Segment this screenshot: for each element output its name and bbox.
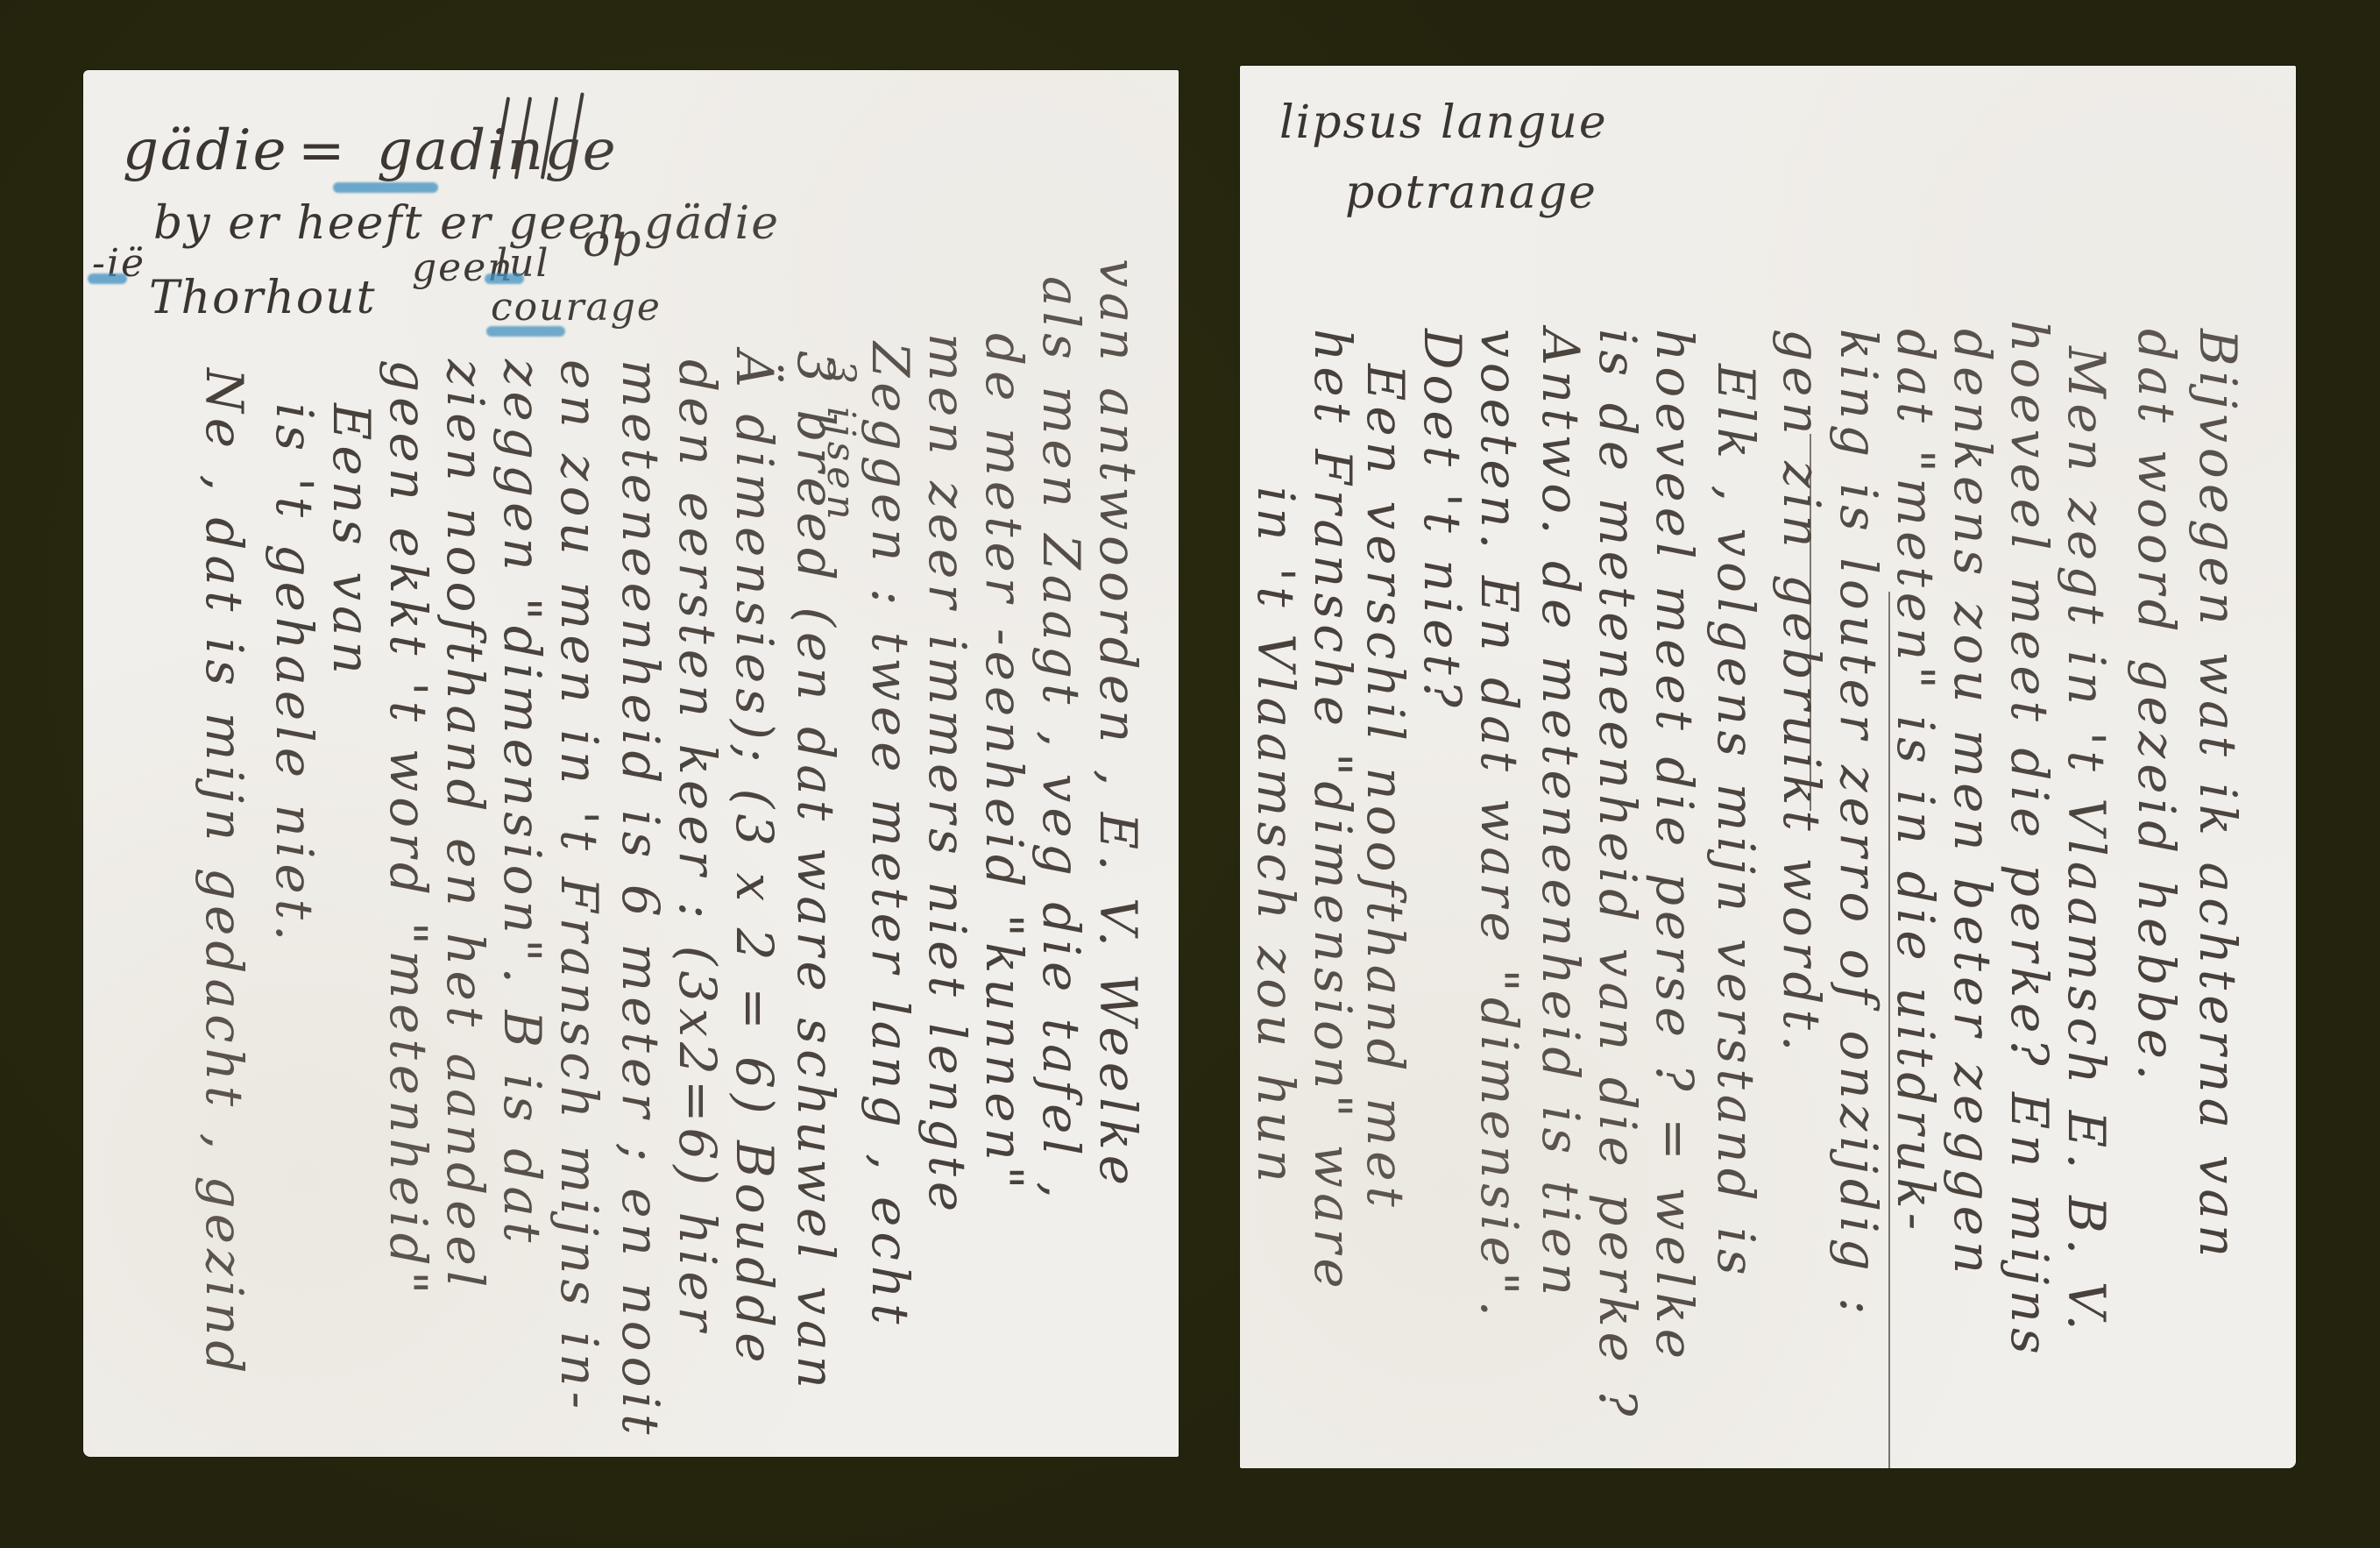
body-line: king is louter zerro of onzijdig :	[1829, 329, 1888, 1320]
body-line: gen zin gebruikt wordt.	[1772, 329, 1831, 1056]
body-line: meteneenheid is 6 meter ; en nooit	[611, 359, 670, 1439]
right-letter-page: lipsus langue potranage Bijvoegen wat ik…	[1240, 66, 2296, 1468]
body-line: 3 breed (en dat ware schuwel van	[786, 351, 846, 1394]
annotation-line2: by er heeft er geen gädie	[153, 197, 780, 250]
annotation-courage: courage	[491, 285, 662, 330]
body-line: Antwo. de meteneenheid is tien	[1531, 329, 1590, 1301]
body-line: Ne , dat is mijn gedacht , gezind	[195, 368, 254, 1379]
body-line: Elk , volgens mijn verstand is	[1706, 364, 1766, 1281]
body-line: het Fransche "dimension" ware	[1303, 329, 1363, 1294]
body-line: Doet 't niet?	[1413, 329, 1472, 713]
body-line: hoeveel meet die perse ? = welke	[1645, 329, 1704, 1364]
body-line: voeten. En dat ware "dimensie".	[1470, 329, 1529, 1322]
body-line: is 't gehaele niet.	[265, 403, 324, 946]
annotation-thorhout: Thorhout	[149, 272, 377, 324]
body-line: den eersten keer : (3x2=6) hier	[668, 359, 727, 1336]
body-line: wijze	[1240, 1249, 1249, 1408]
body-line: denkens zou men beter zeggen	[1943, 329, 2002, 1279]
body-line: de meter -eenheid "kunnen"	[974, 333, 1034, 1195]
body-line: zien noofthand en het aandeel	[436, 359, 495, 1292]
body-line: dat woord gezeid hebbe.	[2127, 329, 2186, 1085]
body-line: Zeggen : twee meter lang , echt	[861, 342, 920, 1330]
left-letter-page: gädie = gadinge by er heeft er geen gädi…	[83, 70, 1179, 1457]
blue-underline-lul	[485, 273, 524, 284]
body-line: dat "meten" is in die uitdruk-	[1886, 329, 1945, 1235]
body-line: zeggen "dimension". B is dat	[492, 359, 552, 1247]
blue-mark-margin	[88, 273, 127, 284]
blue-underline-gadinge	[333, 182, 438, 193]
body-line: als men Zaagt , veg die tafel ,	[1031, 276, 1091, 1204]
annotation-equals: =	[298, 118, 347, 183]
body-line: van antwoorden , E. V. Weelke	[1088, 259, 1148, 1190]
body-line: geen ekkt 't word "metenheid"	[379, 359, 438, 1300]
body-line: in 't Vlaamsch zou hun	[1246, 486, 1306, 1188]
body-line: en zou men in 't Fransch mijns in-	[549, 359, 609, 1414]
body-line: men zeer immers niet lengte	[917, 333, 977, 1217]
annotation-potranage: potranage	[1345, 167, 1597, 219]
body-line: Een verschil noofthand met	[1356, 364, 1415, 1212]
annotation-gadie: gädie	[123, 118, 287, 183]
body-line: is de meteneenheid van die perke ?	[1588, 329, 1647, 1422]
body-line: Eens van	[322, 403, 381, 679]
body-line: Ä dimensies); (3 x 2 = 6) Boudde	[725, 351, 784, 1368]
body-line: Bijvoegen wat ik achterna van	[2188, 329, 2248, 1262]
body-line: Men zegt in 't Vlaamsch E. B. V.	[2057, 346, 2116, 1336]
body-line: hoeveel meet die perke? En mijns	[2000, 320, 2059, 1360]
blue-underline-courage	[486, 326, 565, 337]
annotation-brace-op: op	[583, 215, 643, 267]
annotation-lipsus-langue: lipsus langue	[1279, 96, 1608, 149]
